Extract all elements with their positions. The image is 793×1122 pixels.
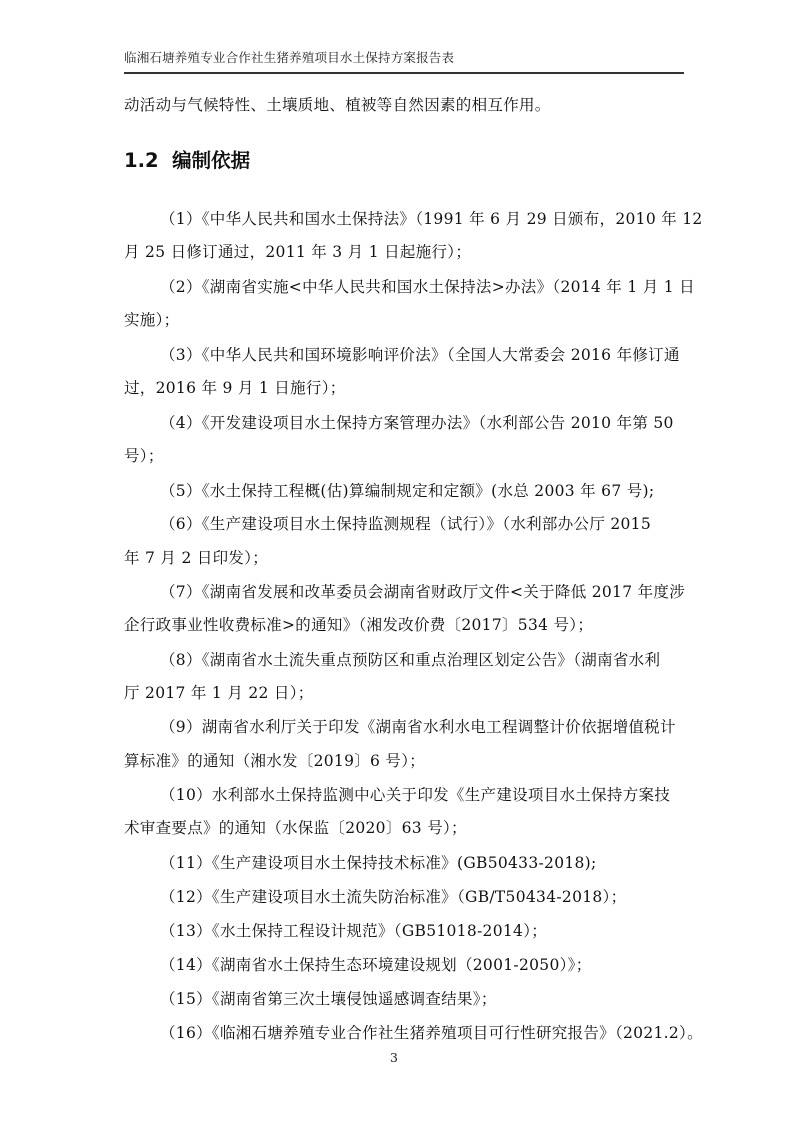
reference-line: （2）《湖南省实施<中华人民共和国水土保持法>办法》（2014 年 1 月 1 … (160, 275, 695, 297)
reference-line: （8）《湖南省水土流失重点预防区和重点治理区划定公告》（湖南省水利 (160, 648, 660, 670)
reference-line: （16）《临湘石塘养殖专业合作社生猪养殖项目可行性研究报告》（2021.2）。 (160, 1021, 703, 1043)
reference-line: （7）《湖南省发展和改革委员会湖南省财政厅文件<关于降低 2017 年度涉 (160, 580, 685, 602)
intro-line: 动活动与气候特性、土壤质地、植被等自然因素的相互作用。 (124, 93, 551, 115)
reference-line: 号）； (124, 444, 164, 466)
reference-line: 过，2016 年 9 月 1 日施行）； (124, 376, 346, 398)
reference-line: （6）《生产建设项目水土保持监测规程（试行）》（水利部办公厅 2015 (160, 512, 651, 534)
reference-line: （15）《湖南省第三次土壤侵蚀遥感调查结果》； (160, 987, 497, 1009)
reference-line: （3）《中华人民共和国环境影响评价法》（全国人大常委会 2016 年修订通 (160, 343, 680, 365)
reference-line: （4）《开发建设项目水土保持方案管理办法》（水利部公告 2010 年第 50 (160, 411, 674, 433)
reference-line: 月 25 日修订通过，2011 年 3 月 1 日起施行）； (124, 240, 471, 262)
header-divider (124, 72, 684, 74)
reference-line: （11）《生产建设项目水土保持技术标准》(GB50433-2018); (160, 851, 597, 873)
reference-line: 厅 2017 年 1 月 22 日）； (124, 681, 314, 703)
reference-line: 年 7 月 2 日印发）； (124, 546, 268, 568)
reference-line: 算标准》的通知（湘水发〔2019〕6 号）； (124, 749, 425, 771)
reference-line: 企行政事业性收费标准>的通知》（湘发改价费〔2017〕534 号）； (124, 613, 593, 635)
section-heading: 1.2 编制依据 (124, 145, 250, 173)
reference-line: （5）《水土保持工程概(估)算编制规定和定额》(水总 2003 年 67 号); (160, 479, 654, 501)
section-title: 编制依据 (172, 149, 250, 172)
reference-line: （9）湖南省水利厅关于印发《湖南省水利水电工程调整计价依据增值税计 (160, 715, 676, 737)
reference-line: 实施）； (124, 308, 179, 330)
page-number: 3 (390, 1050, 398, 1065)
reference-line: （14）《湖南省水土保持生态环境建设规划（2001-2050）》； (160, 953, 592, 975)
reference-line: （13）《水土保持工程设计规范》（GB51018-2014）； (160, 919, 547, 941)
section-number: 1.2 (124, 149, 159, 172)
running-header: 临湘石塘养殖专业合作社生猪养殖项目水土保持方案报告表 (124, 48, 684, 66)
reference-line: （1）《中华人民共和国水土保持法》（1991 年 6 月 29 日颁布，2010… (160, 207, 703, 229)
reference-line: 术审查要点》的通知（水保监〔2020〕63 号）； (124, 816, 467, 838)
reference-line: （10）水利部水土保持监测中心关于印发《生产建设项目水土保持方案技 (160, 783, 670, 805)
reference-line: （12）《生产建设项目水土流失防治标准》（GB/T50434-2018）； (160, 885, 626, 907)
